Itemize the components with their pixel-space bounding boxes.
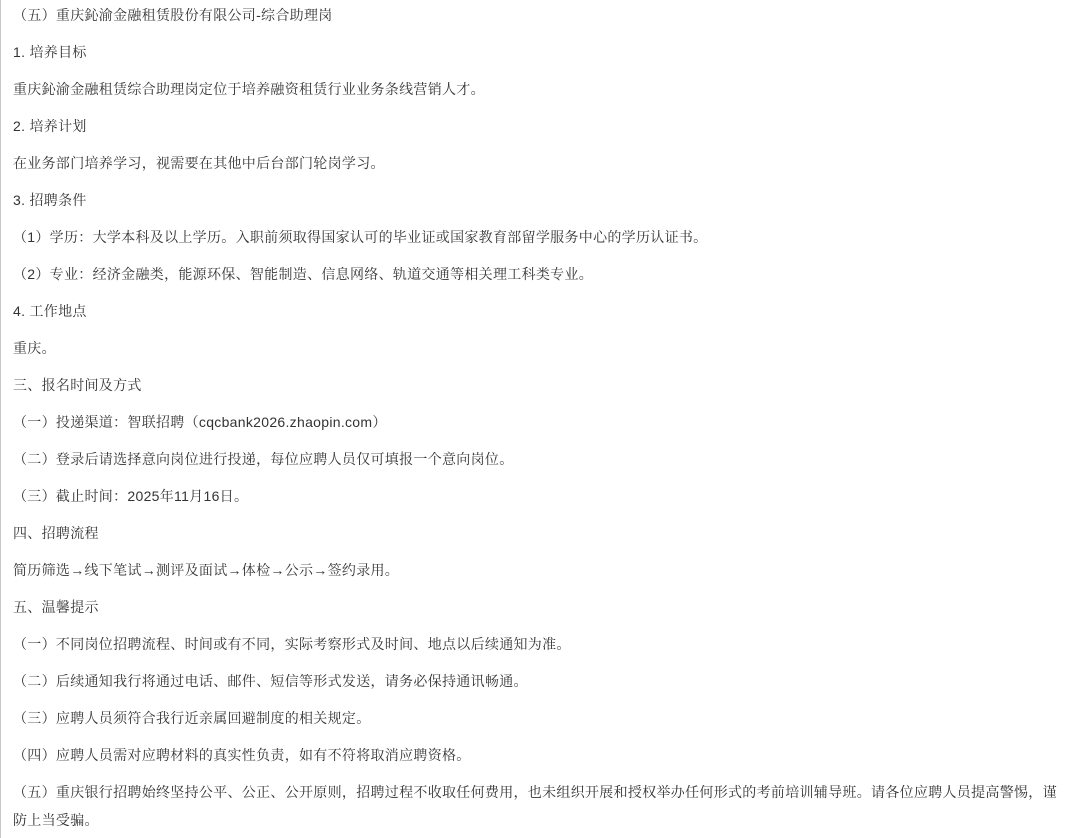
heading-work-location: 4. 工作地点 xyxy=(13,297,1063,325)
para-apply-deadline: （三）截止时间：2025年11月16日。 xyxy=(13,482,1063,510)
heading-training-goal: 1. 培养目标 xyxy=(13,38,1063,66)
para-training-goal: 重庆鈊渝金融租赁综合助理岗定位于培养融资租赁行业业务条线营销人才。 xyxy=(13,75,1063,103)
heading-company-position: （五）重庆鈊渝金融租赁股份有限公司-综合助理岗 xyxy=(13,1,1063,29)
heading-section-apply-time: 三、报名时间及方式 xyxy=(13,371,1063,399)
para-tip-authenticity: （四）应聘人员需对应聘材料的真实性负责，如有不符将取消应聘资格。 xyxy=(13,741,1063,769)
heading-training-plan: 2. 培养计划 xyxy=(13,112,1063,140)
heading-section-process: 四、招聘流程 xyxy=(13,519,1063,547)
recruitment-notice-article: （五）重庆鈊渝金融租赁股份有限公司-综合助理岗 1. 培养目标 重庆鈊渝金融租赁… xyxy=(0,0,1077,838)
para-apply-channel: （一）投递渠道：智联招聘（cqcbank2026.zhaopin.com） xyxy=(13,408,1063,436)
para-training-plan: 在业务部门培养学习，视需要在其他中后台部门轮岗学习。 xyxy=(13,149,1063,177)
para-process-steps: 简历筛选→线下笔试→测评及面试→体检→公示→签约录用。 xyxy=(13,556,1063,584)
para-work-location: 重庆。 xyxy=(13,334,1063,362)
para-condition-major: （2）专业：经济金融类，能源环保、智能制造、信息网络、轨道交通等相关理工科类专业… xyxy=(13,260,1063,288)
para-condition-education: （1）学历：大学本科及以上学历。入职前须取得国家认可的毕业证或国家教育部留学服务… xyxy=(13,223,1063,251)
para-tip-schedule: （一）不同岗位招聘流程、时间或有不同，实际考察形式及时间、地点以后续通知为准。 xyxy=(13,630,1063,658)
heading-section-tips: 五、温馨提示 xyxy=(13,593,1063,621)
heading-recruit-conditions: 3. 招聘条件 xyxy=(13,186,1063,214)
para-tip-anti-fraud: （五）重庆银行招聘始终坚持公平、公正、公开原则，招聘过程不收取任何费用，也未组织… xyxy=(13,778,1063,834)
para-tip-relatives: （三）应聘人员须符合我行近亲属回避制度的相关规定。 xyxy=(13,704,1063,732)
para-tip-contact: （二）后续通知我行将通过电话、邮件、短信等形式发送，请务必保持通讯畅通。 xyxy=(13,667,1063,695)
para-apply-limit: （二）登录后请选择意向岗位进行投递，每位应聘人员仅可填报一个意向岗位。 xyxy=(13,445,1063,473)
